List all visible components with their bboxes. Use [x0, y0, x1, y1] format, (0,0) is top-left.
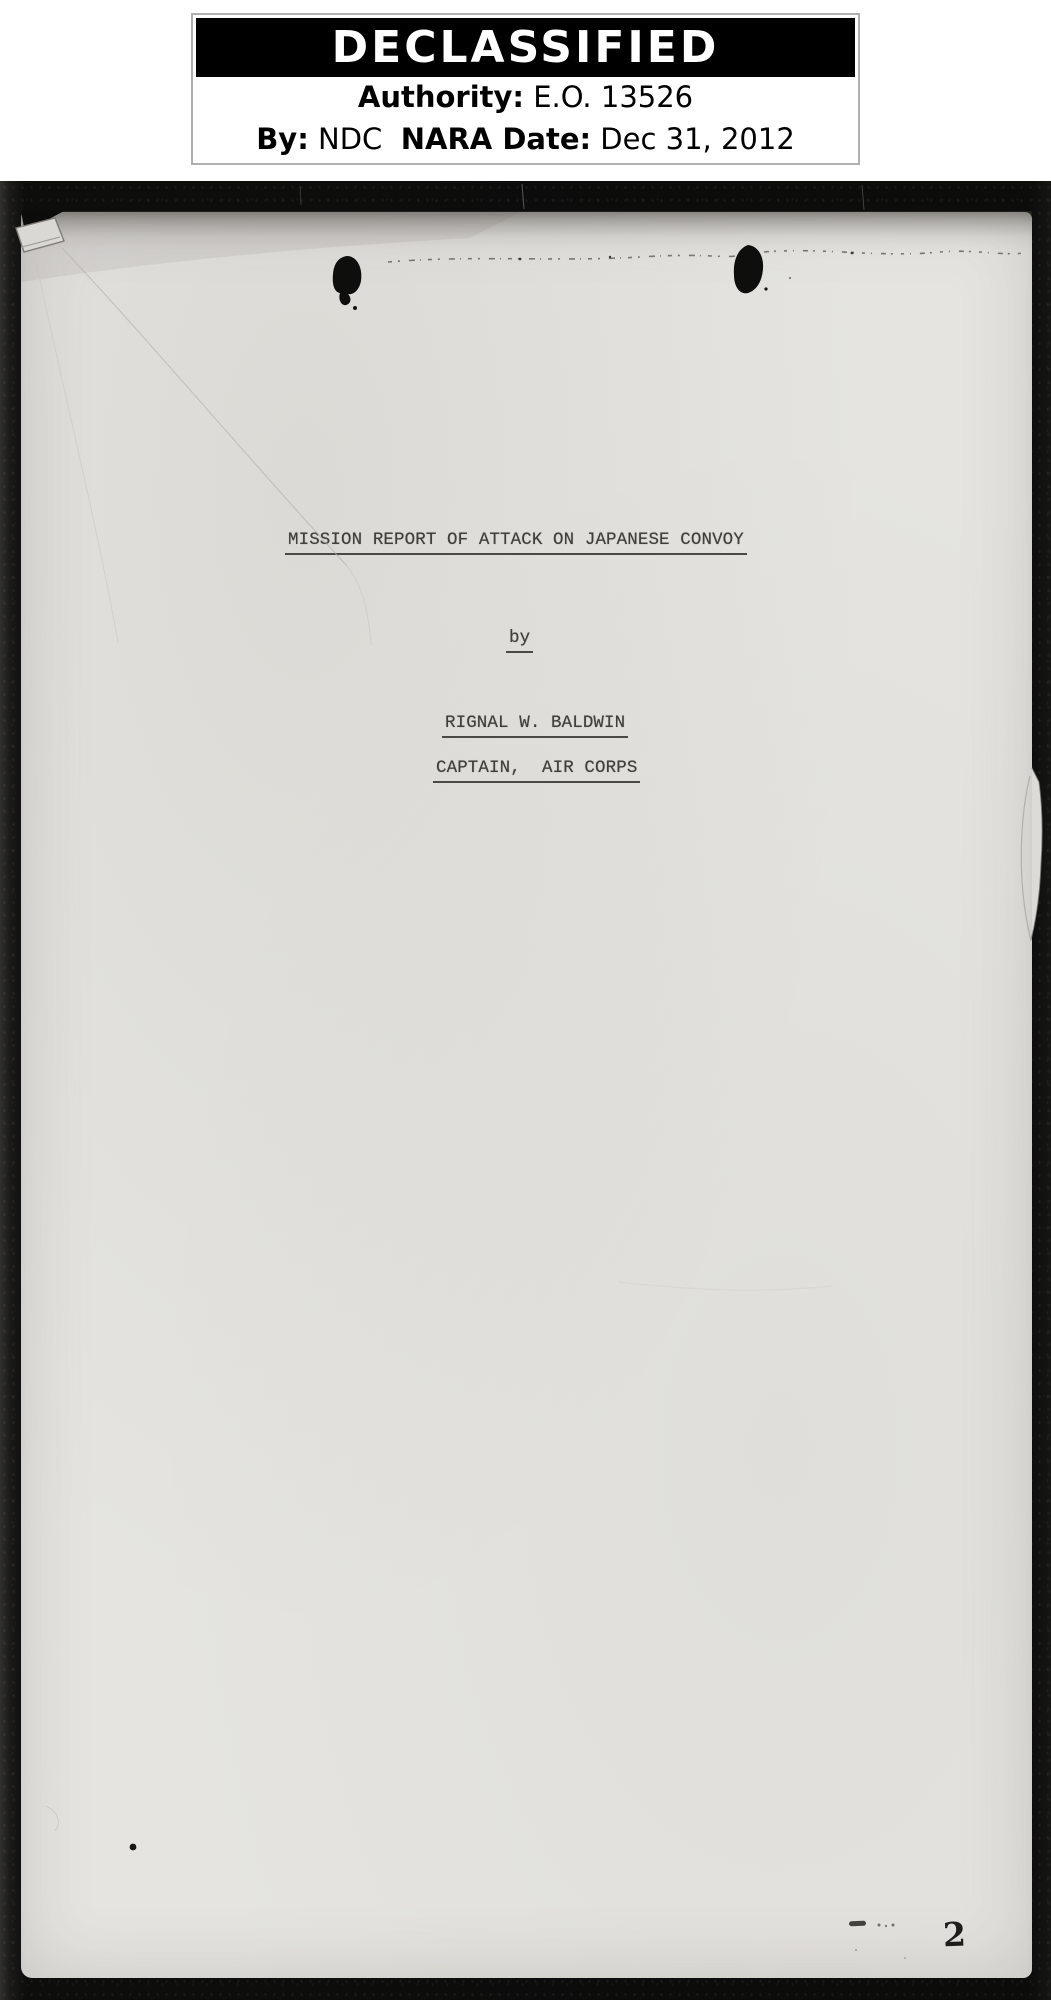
by-value: NDC — [309, 125, 401, 154]
page-number: 2 — [942, 1918, 966, 1952]
declassification-header: DECLASSIFIED Authority: E.O. 13526 By: N… — [0, 0, 1051, 181]
stamp-title: DECLASSIFIED — [332, 22, 720, 73]
document-byline: by — [506, 630, 533, 653]
scan-scratch — [522, 184, 524, 209]
authority-value: E.O. 13526 — [524, 83, 693, 112]
author-rank: CAPTAIN, AIR CORPS — [433, 760, 640, 783]
screenshot-root: { "stamp": { "title": "DECLASSIFIED", "a… — [0, 0, 1051, 2000]
nara-date-value: Dec 31, 2012 — [591, 125, 795, 154]
scan-scratch — [300, 186, 301, 205]
document-page: MISSION REPORT OF ATTACK ON JAPANESE CON… — [21, 212, 1032, 1978]
by-label: By: — [256, 125, 309, 154]
nara-date-label: NARA Date: — [401, 125, 591, 154]
scan-background: MISSION REPORT OF ATTACK ON JAPANESE CON… — [0, 181, 1051, 2000]
author-name: RIGNAL W. BALDWIN — [442, 715, 628, 738]
document-title: MISSION REPORT OF ATTACK ON JAPANESE CON… — [285, 532, 747, 555]
authority-label: Authority: — [358, 83, 524, 112]
scan-scratch — [862, 185, 864, 210]
declassified-stamp: DECLASSIFIED Authority: E.O. 13526 By: N… — [191, 13, 860, 165]
stamp-authority-line: Authority: E.O. 13526 — [196, 77, 855, 119]
stamp-banner: DECLASSIFIED — [196, 18, 855, 77]
stamp-by-line: By: NDC NARA Date: Dec 31, 2012 — [196, 119, 855, 161]
